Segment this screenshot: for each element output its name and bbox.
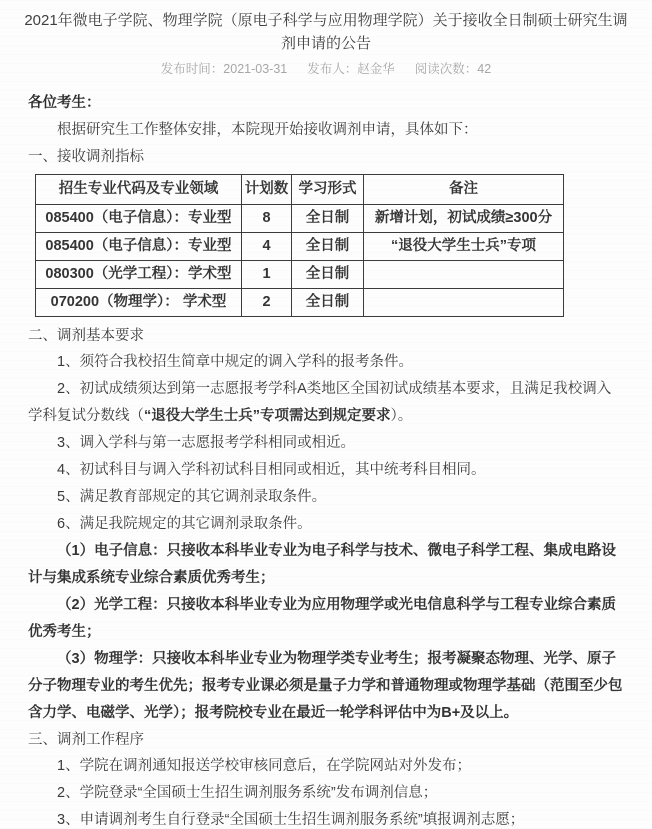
requirement-item-2-suffix: ）。 [391, 408, 413, 424]
cell-major: 070200（物理学）： 学术型 [36, 289, 242, 317]
cell-remarks: 新增计划，初试成绩≥300分 [364, 205, 564, 233]
section-heading-requirements: 二、调剂基本要求 [28, 323, 624, 349]
table-row: 085400（电子信息）：专业型 8 全日制 新增计划，初试成绩≥300分 [36, 205, 564, 233]
announcement-body: 各位考生： 根据研究生工作整体安排，本院现开始接收调剂申请，具体如下： 一、接收… [0, 90, 652, 829]
publish-time: 发布时间：2021-03-31 [161, 62, 287, 76]
cell-study-form: 全日制 [292, 205, 364, 233]
cell-major: 085400（电子信息）：专业型 [36, 233, 242, 261]
col-header-remarks: 备注 [364, 175, 564, 205]
cell-major: 085400（电子信息）：专业型 [36, 205, 242, 233]
cell-remarks [364, 261, 564, 289]
publisher: 发布人：赵金华 [307, 62, 395, 76]
requirement-item-2-bold: “退役大学生士兵”专项需达到规定要求 [144, 408, 391, 424]
intro-paragraph: 根据研究生工作整体安排，本院现开始接收调剂申请，具体如下： [28, 117, 624, 144]
view-count: 阅读次数：42 [415, 62, 491, 76]
view-count-value: 42 [477, 62, 491, 76]
section-heading-quota: 一、接收调剂指标 [28, 144, 624, 170]
cell-major: 080300（光学工程）：学术型 [36, 261, 242, 289]
cell-remarks [364, 289, 564, 317]
requirement-item-3: 3、调入学科与第一志愿报考学科相同或相近。 [28, 430, 624, 457]
major-rule-electronic-info: （1）电子信息：只接收本科毕业专业为电子科学与技术、微电子科学工程、集成电路设计… [28, 538, 624, 592]
quota-table: 招生专业代码及专业领域 计划数 学习形式 备注 085400（电子信息）：专业型… [35, 174, 564, 317]
requirement-item-5: 5、满足教育部规定的其它调剂录取条件。 [28, 484, 624, 511]
major-rule-optical-engineering: （2）光学工程：只接收本科毕业专业为应用物理学或光电信息科学与工程专业综合素质优… [28, 592, 624, 646]
cell-study-form: 全日制 [292, 289, 364, 317]
publisher-label: 发布人： [307, 62, 357, 76]
requirement-item-6: 6、满足我院规定的其它调剂录取条件。 [28, 511, 624, 538]
publish-meta: 发布时间：2021-03-31发布人：赵金华阅读次数：42 [0, 60, 652, 78]
cell-plan-count: 8 [242, 205, 292, 233]
publish-time-value: 2021-03-31 [223, 62, 287, 76]
table-row: 070200（物理学）： 学术型 2 全日制 [36, 289, 564, 317]
salutation: 各位考生： [28, 90, 624, 117]
requirement-item-2: 2、初试成绩须达到第一志愿报考学科A类地区全国初试成绩基本要求，且满足我校调入学… [28, 376, 624, 430]
procedure-step-1: 1、学院在调剂通知报送学校审核同意后，在学院网站对外发布； [28, 753, 624, 780]
publisher-value: 赵金华 [357, 62, 395, 76]
quota-table-header-row: 招生专业代码及专业领域 计划数 学习形式 备注 [36, 175, 564, 205]
cell-study-form: 全日制 [292, 261, 364, 289]
col-header-study-form: 学习形式 [292, 175, 364, 205]
table-row: 085400（电子信息）：专业型 4 全日制 “退役大学生士兵”专项 [36, 233, 564, 261]
cell-plan-count: 2 [242, 289, 292, 317]
requirement-item-4: 4、初试科目与调入学科初试科目相同或相近，其中统考科目相同。 [28, 457, 624, 484]
page-title: 2021年微电子学院、物理学院（原电子科学与应用物理学院）关于接收全日制硕士研究… [0, 0, 652, 55]
view-count-label: 阅读次数： [415, 62, 478, 76]
cell-remarks: “退役大学生士兵”专项 [364, 233, 564, 261]
major-rule-physics: （3）物理学：只接收本科毕业专业为物理学类专业考生；报考凝聚态物理、光学、原子分… [28, 646, 624, 727]
procedure-step-2: 2、学院登录“全国硕士生招生调剂服务系统”发布调剂信息； [28, 780, 624, 807]
announcement-page: 2021年微电子学院、物理学院（原电子科学与应用物理学院）关于接收全日制硕士研究… [0, 0, 652, 829]
col-header-plan-count: 计划数 [242, 175, 292, 205]
cell-plan-count: 1 [242, 261, 292, 289]
col-header-major: 招生专业代码及专业领域 [36, 175, 242, 205]
cell-study-form: 全日制 [292, 233, 364, 261]
table-row: 080300（光学工程）：学术型 1 全日制 [36, 261, 564, 289]
cell-plan-count: 4 [242, 233, 292, 261]
publish-time-label: 发布时间： [161, 62, 224, 76]
section-heading-procedure: 三、调剂工作程序 [28, 727, 624, 753]
requirement-item-1: 1、须符合我校招生简章中规定的调入学科的报考条件。 [28, 349, 624, 376]
procedure-step-3: 3、申请调剂考生自行登录“全国硕士生招生调剂服务系统”填报调剂志愿； [28, 807, 624, 829]
